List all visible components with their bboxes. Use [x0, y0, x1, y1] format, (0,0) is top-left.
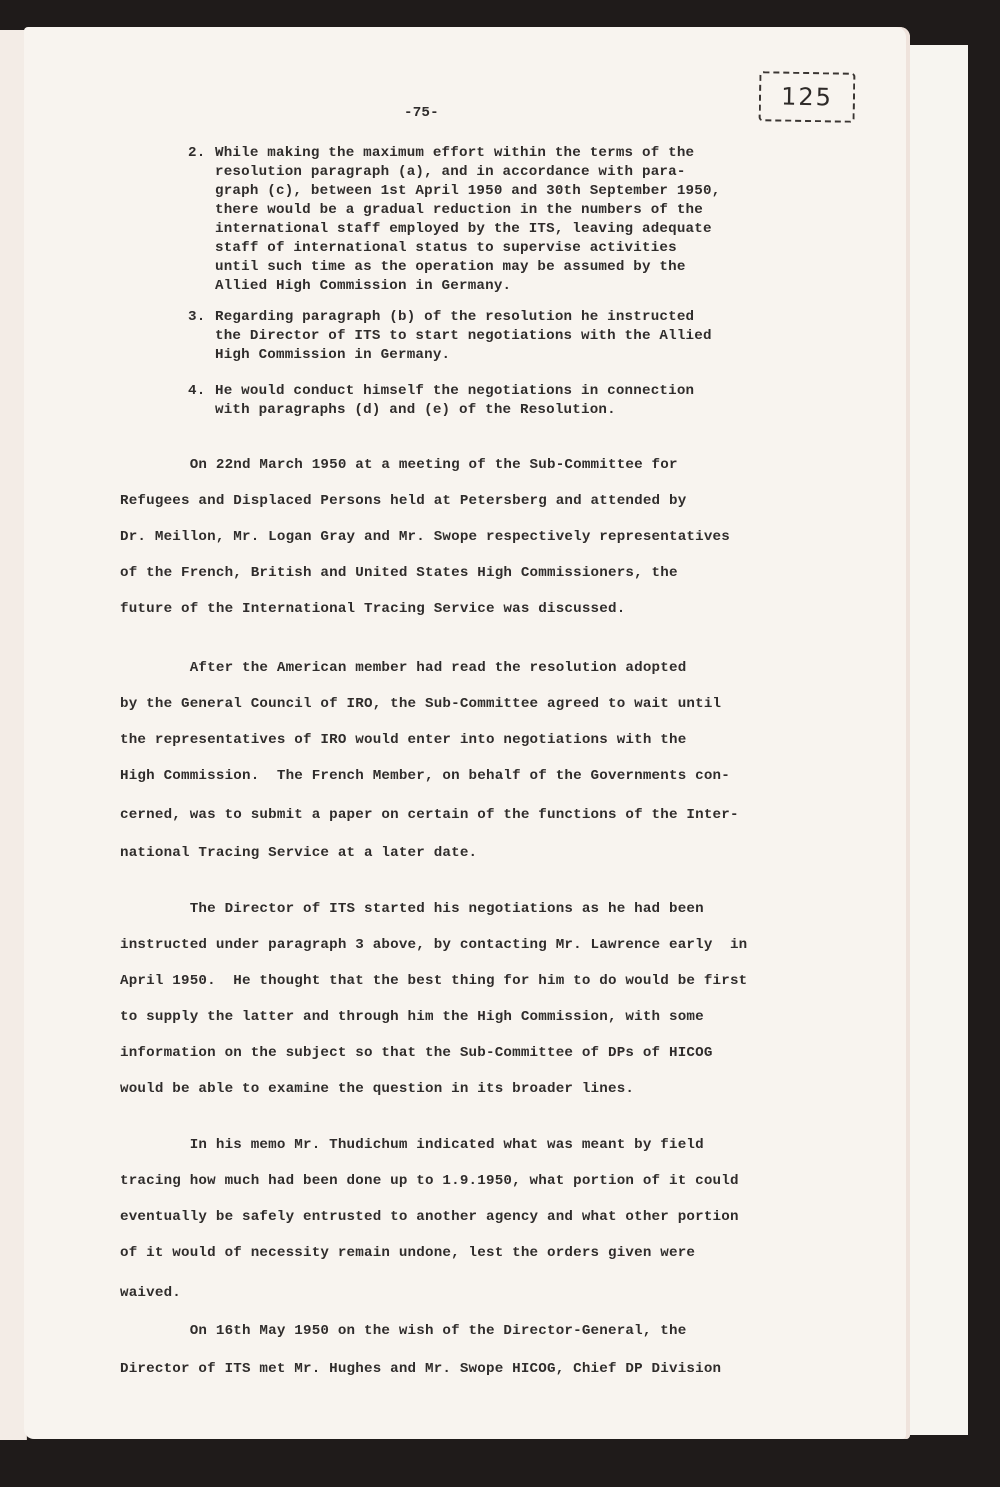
paragraph-line: On 16th May 1950 on the wish of the Dire… — [120, 1323, 686, 1339]
paragraph-line: High Commission. The French Member, on b… — [120, 768, 730, 784]
item-line: the Director of ITS to start negotiation… — [215, 328, 712, 344]
item-line: international staff employed by the ITS,… — [215, 221, 712, 237]
paragraph-line: In his memo Mr. Thudichum indicated what… — [120, 1137, 704, 1153]
paragraph-line: future of the International Tracing Serv… — [120, 601, 625, 617]
item-line: graph (c), between 1st April 1950 and 30… — [215, 183, 720, 199]
document-page: 125 -75- 2. While making the maximum eff… — [24, 27, 910, 1439]
item-line: with paragraphs (d) and (e) of the Resol… — [215, 402, 616, 418]
numbered-item-2: 2. While making the maximum effort withi… — [188, 145, 223, 321]
paragraph-line: April 1950. He thought that the best thi… — [120, 973, 747, 989]
paragraph-line: waived. — [120, 1285, 181, 1301]
paragraph-line: by the General Council of IRO, the Sub-C… — [120, 696, 721, 712]
item-line: While making the maximum effort within t… — [215, 145, 694, 161]
paragraph-line: to supply the latter and through him the… — [120, 1009, 704, 1025]
paragraph-line: eventually be safely entrusted to anothe… — [120, 1209, 739, 1225]
adjacent-page-edge-left — [0, 30, 27, 1440]
item-number: 3. — [188, 309, 205, 325]
paragraph-line: national Tracing Service at a later date… — [120, 845, 477, 861]
paragraph-line: tracing how much had been done up to 1.9… — [120, 1173, 739, 1189]
paragraph-line: would be able to examine the question in… — [120, 1081, 634, 1097]
paragraph-line: Director of ITS met Mr. Hughes and Mr. S… — [120, 1361, 721, 1377]
item-line: He would conduct himself the negotiation… — [215, 383, 694, 399]
item-line: there would be a gradual reduction in th… — [215, 202, 703, 218]
paragraph-line: of it would of necessity remain undone, … — [120, 1245, 695, 1261]
paragraph-line: Refugees and Displaced Persons held at P… — [120, 493, 686, 509]
item-line: Regarding paragraph (b) of the resolutio… — [215, 309, 694, 325]
page-number: -75- — [404, 105, 439, 121]
paragraph-line: the representatives of IRO would enter i… — [120, 732, 686, 748]
item-line: staff of international status to supervi… — [215, 240, 677, 256]
item-line: High Commission in Germany. — [215, 347, 450, 363]
item-line: resolution paragraph (a), and in accorda… — [215, 164, 686, 180]
paragraph-line: Dr. Meillon, Mr. Logan Gray and Mr. Swop… — [120, 529, 730, 545]
adjacent-page-edge-right — [908, 45, 968, 1435]
paragraph-line: of the French, British and United States… — [120, 565, 678, 581]
item-number: 2. — [188, 145, 205, 161]
paragraph-line: On 22nd March 1950 at a meeting of the S… — [120, 457, 678, 473]
archive-number-stamp: 125 — [759, 71, 856, 123]
paragraph-line: After the American member had read the r… — [120, 660, 686, 676]
paragraph-line: cerned, was to submit a paper on certain… — [120, 807, 739, 823]
item-number: 4. — [188, 383, 205, 399]
paragraph-line: instructed under paragraph 3 above, by c… — [120, 937, 747, 953]
archive-number: 125 — [781, 83, 833, 112]
numbered-item-4: 4. He would conduct himself the negotiat… — [188, 383, 223, 463]
paragraph-line: information on the subject so that the S… — [120, 1045, 713, 1061]
item-line: Allied High Commission in Germany. — [215, 278, 511, 294]
item-line: until such time as the operation may be … — [215, 259, 686, 275]
paragraph-line: The Director of ITS started his negotiat… — [120, 901, 704, 917]
